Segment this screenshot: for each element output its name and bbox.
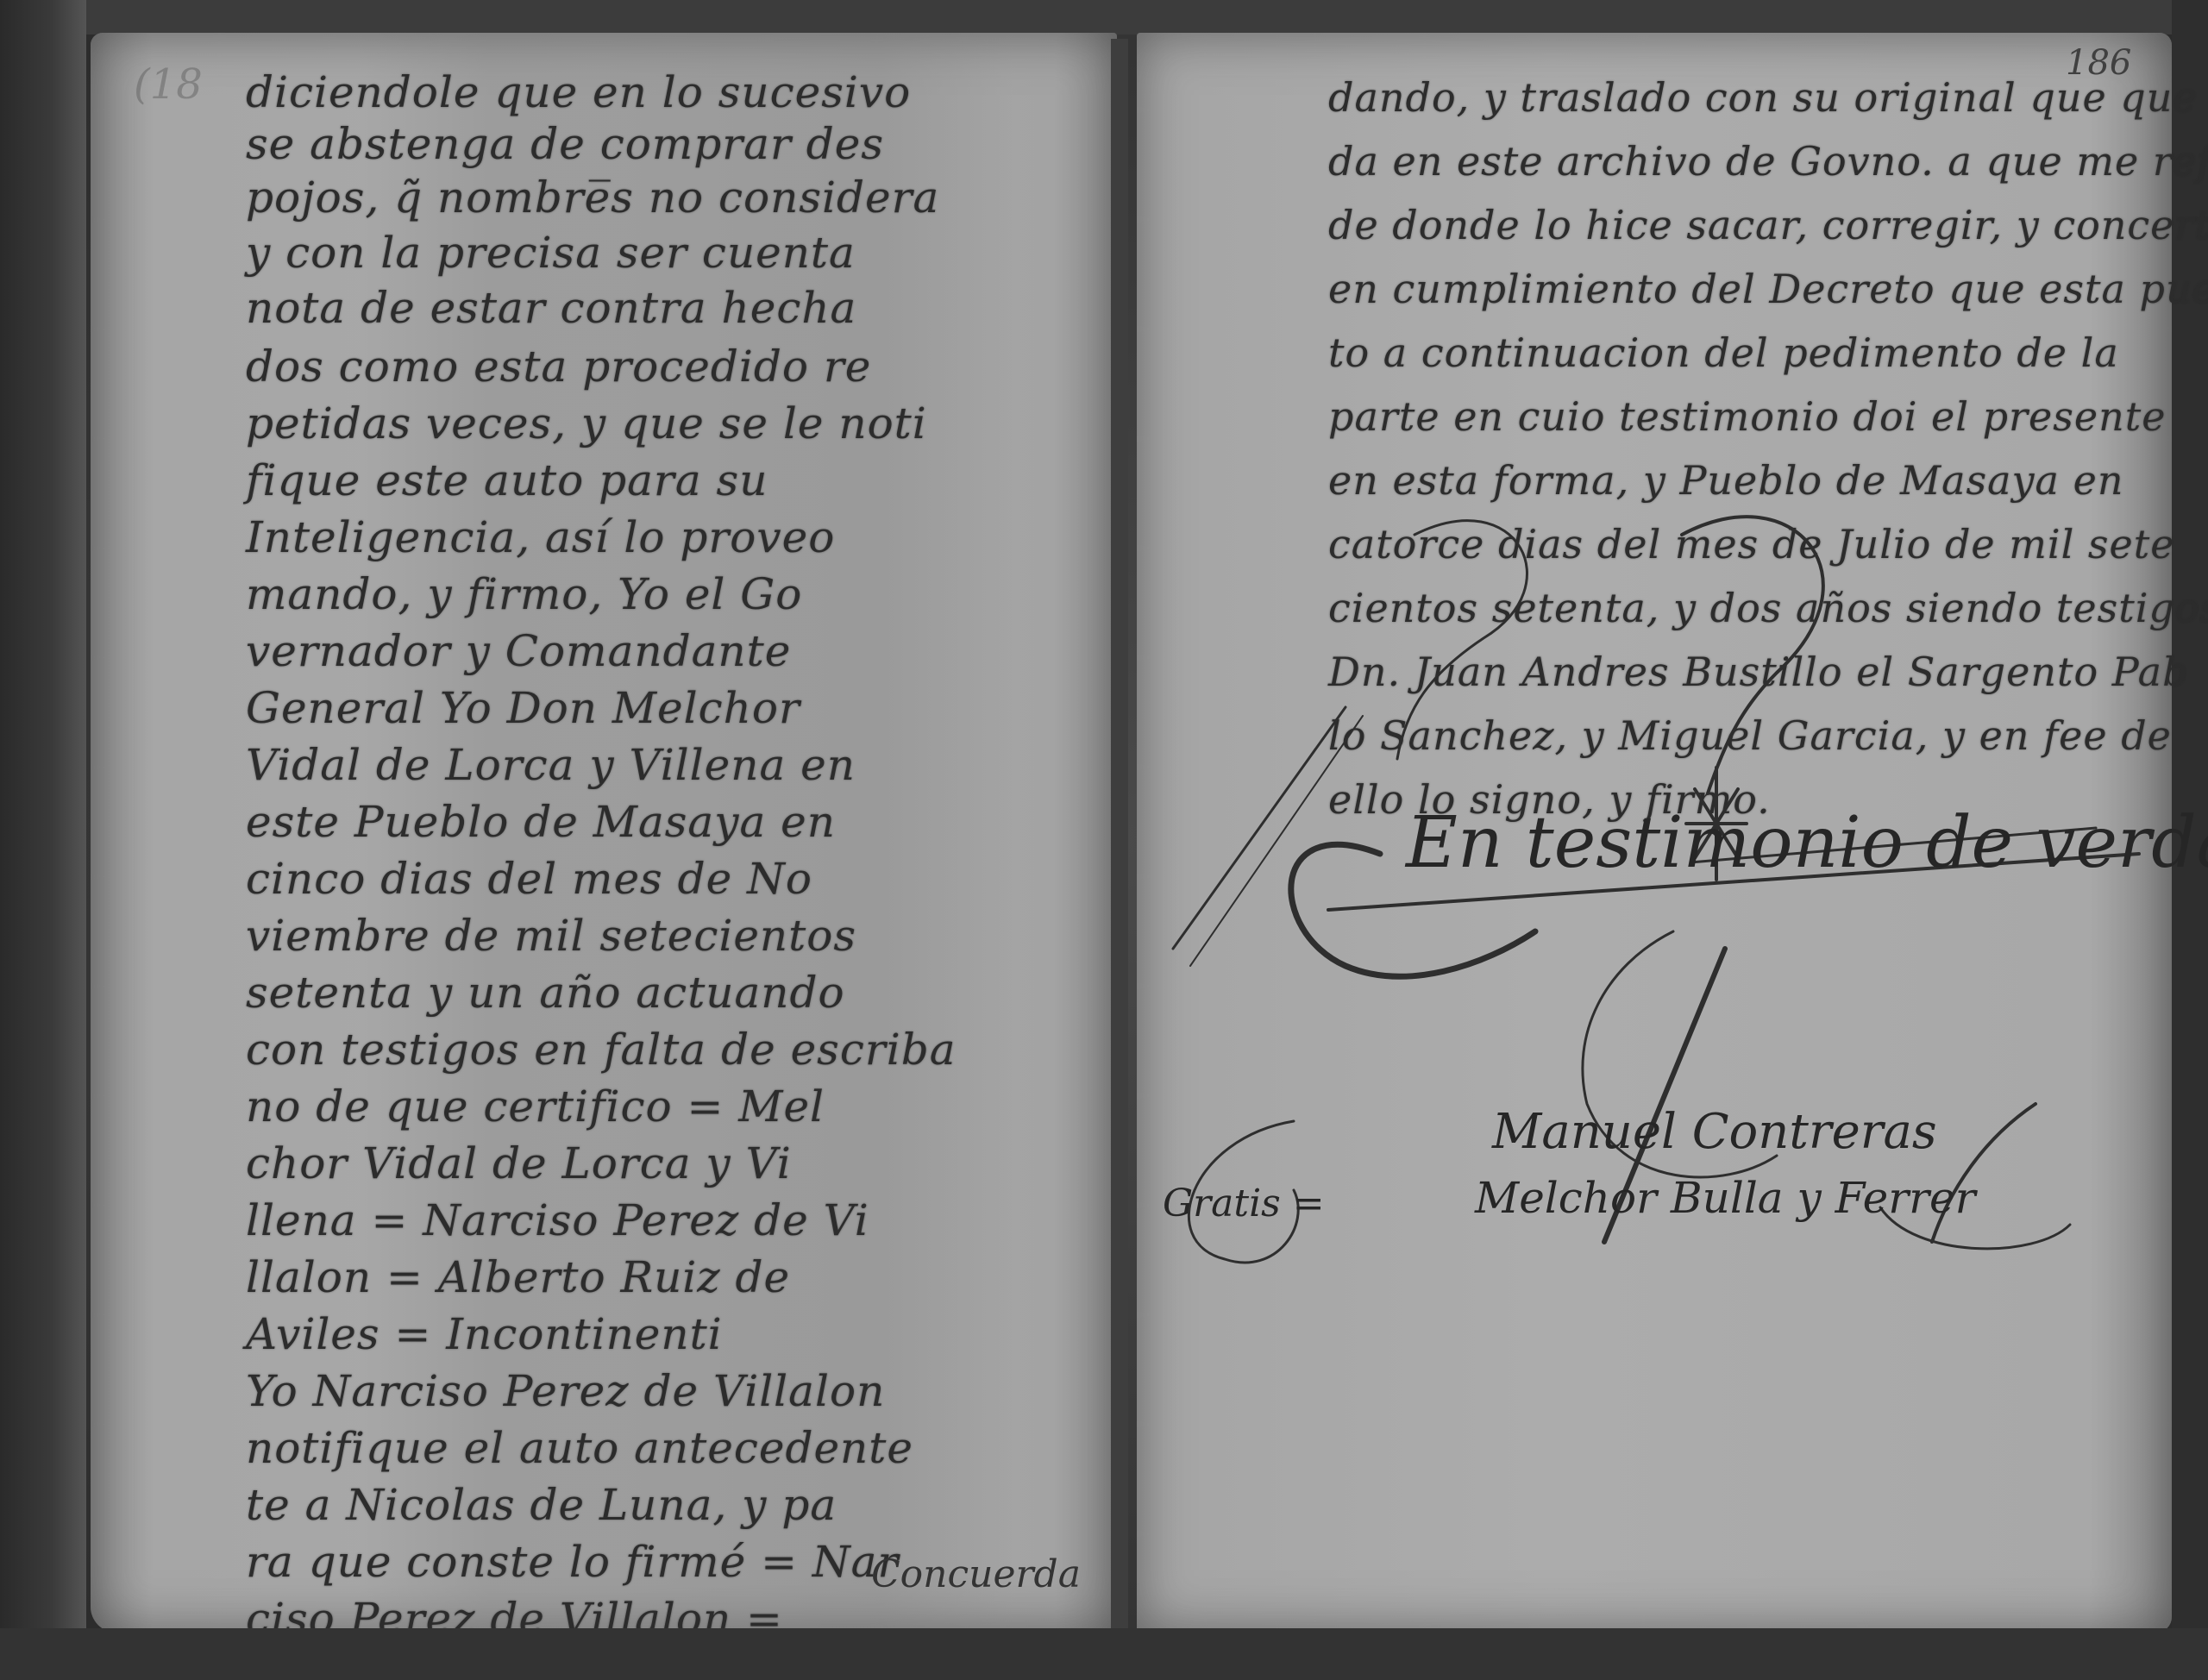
manuscript-line: llena = Narciso Perez de Vi — [246, 1195, 869, 1245]
film-border-bottom — [0, 1628, 2208, 1680]
manuscript-line: parte en cuio testimonio doi el presente — [1328, 393, 2166, 440]
manuscript-line: fique este auto para su — [246, 455, 768, 505]
manuscript-line: petidas veces, y que se le noti — [246, 398, 927, 448]
manuscript-line: mando, y firmo, Yo el Go — [246, 569, 802, 619]
manuscript-line: to a continuacion del pedimento de la — [1328, 329, 2119, 376]
catchword: Concuerda — [871, 1552, 1081, 1596]
manuscript-line: chor Vidal de Lorca y Vi — [246, 1138, 792, 1188]
manuscript-line: nota de estar contra hecha — [246, 283, 856, 333]
notarial-signature-block: En testimonio de verdad Gratis = Manuel … — [1121, 483, 2173, 1345]
manuscript-line: pojos, q̃ nombre̅s no considera — [246, 172, 939, 223]
manuscript-line: General Yo Don Melchor — [246, 683, 800, 733]
manuscript-line: no de que certifico = Mel — [246, 1081, 825, 1131]
signature-sub-name: Melchor Bulla y Ferrer — [1475, 1173, 1976, 1223]
manuscript-line: dando, y traslado con su original que qu… — [1328, 74, 2198, 121]
manuscript-line: ra que conste lo firmé = Nar — [246, 1537, 899, 1587]
manuscript-line: da en este archivo de Govno. a que me re… — [1328, 138, 2208, 185]
manuscript-line: se abstenga de comprar des — [246, 119, 884, 169]
manuscript-line: de donde lo hice sacar, corregir, y conc… — [1328, 202, 2208, 248]
manuscript-line: Vidal de Lorca y Villena en — [246, 740, 856, 790]
signature-notary-name: Manuel Contreras — [1492, 1104, 1937, 1160]
margin-bleedthrough-text: (18 — [134, 60, 203, 109]
manuscript-line: Inteligencia, así lo proveo — [246, 512, 835, 562]
manuscript-line: notifique el auto antecedente — [246, 1423, 913, 1473]
manuscript-line: con testigos en falta de escriba — [246, 1025, 957, 1075]
signature-gratis: Gratis = — [1163, 1182, 1325, 1226]
manuscript-line: llalon = Alberto Ruiz de — [246, 1252, 790, 1302]
film-border-left — [0, 0, 86, 1680]
film-border-top — [0, 0, 2208, 34]
manuscript-line: vernador y Comandante — [246, 626, 791, 676]
manuscript-line: y con la precisa ser cuenta — [246, 228, 856, 278]
manuscript-line: este Pueblo de Masaya en — [246, 797, 836, 847]
manuscript-line: cinco dias del mes de No — [246, 854, 812, 904]
manuscript-line: dos como esta procedido re — [246, 342, 871, 392]
manuscript-line: Yo Narciso Perez de Villalon — [246, 1366, 885, 1416]
manuscript-line: setenta y un año actuando — [246, 968, 845, 1018]
manuscript-line: en cumplimiento del Decreto que esta pue… — [1328, 266, 2208, 312]
signature-en-testimonio: En testimonio de verdad — [1406, 802, 2208, 884]
manuscript-line: te a Nicolas de Luna, y pa — [246, 1480, 837, 1530]
manuscript-line: viembre de mil setecientos — [246, 911, 856, 961]
manuscript-line: Aviles = Incontinenti — [246, 1309, 723, 1359]
manuscript-line: diciendole que en lo sucesivo — [246, 67, 911, 117]
